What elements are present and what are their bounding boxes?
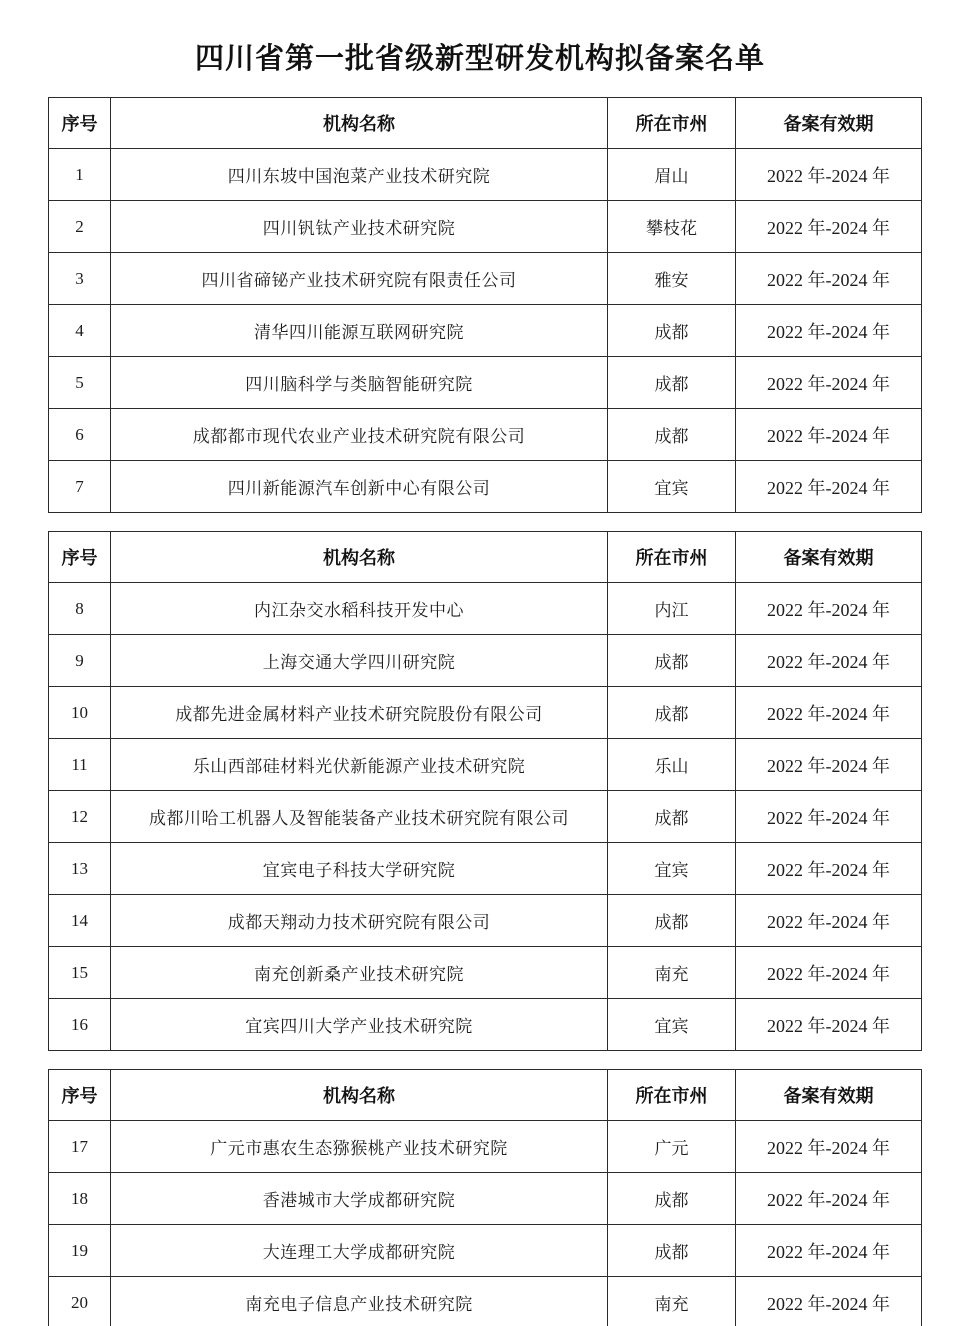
table-row: 3四川省碲铋产业技术研究院有限责任公司雅安2022 年-2024 年 xyxy=(49,253,922,305)
institution-name-cell: 四川钒钛产业技术研究院 xyxy=(111,201,608,253)
row-number-cell: 1 xyxy=(49,149,111,201)
row-number-cell: 7 xyxy=(49,461,111,513)
validity-period-cell: 2022 年-2024 年 xyxy=(736,461,922,513)
validity-period-cell: 2022 年-2024 年 xyxy=(736,201,922,253)
row-number-cell: 16 xyxy=(49,999,111,1051)
validity-period-cell: 2022 年-2024 年 xyxy=(736,947,922,999)
row-number-cell: 4 xyxy=(49,305,111,357)
institution-name-cell: 清华四川能源互联网研究院 xyxy=(111,305,608,357)
table-body-1: 1四川东坡中国泡菜产业技术研究院眉山2022 年-2024 年2四川钒钛产业技术… xyxy=(49,149,922,513)
city-cell: 成都 xyxy=(608,635,736,687)
institution-name-cell: 成都天翔动力技术研究院有限公司 xyxy=(111,895,608,947)
row-number-cell: 11 xyxy=(49,739,111,791)
validity-period-cell: 2022 年-2024 年 xyxy=(736,1121,922,1173)
validity-period-cell: 2022 年-2024 年 xyxy=(736,305,922,357)
table-row: 15南充创新桑产业技术研究院南充2022 年-2024 年 xyxy=(49,947,922,999)
city-cell: 成都 xyxy=(608,791,736,843)
institution-name-cell: 成都先进金属材料产业技术研究院股份有限公司 xyxy=(111,687,608,739)
institution-name-cell: 香港城市大学成都研究院 xyxy=(111,1173,608,1225)
city-cell: 成都 xyxy=(608,1225,736,1277)
validity-period-cell: 2022 年-2024 年 xyxy=(736,1225,922,1277)
institution-name-cell: 南充电子信息产业技术研究院 xyxy=(111,1277,608,1326)
row-number-cell: 15 xyxy=(49,947,111,999)
institution-name-cell: 宜宾电子科技大学研究院 xyxy=(111,843,608,895)
table-row: 10成都先进金属材料产业技术研究院股份有限公司成都2022 年-2024 年 xyxy=(49,687,922,739)
row-number-cell: 14 xyxy=(49,895,111,947)
row-number-cell: 5 xyxy=(49,357,111,409)
city-cell: 成都 xyxy=(608,409,736,461)
table-header: 序号 机构名称 所在市州 备案有效期 xyxy=(49,98,922,149)
row-number-cell: 6 xyxy=(49,409,111,461)
institution-name-cell: 大连理工大学成都研究院 xyxy=(111,1225,608,1277)
row-number-cell: 19 xyxy=(49,1225,111,1277)
row-number-cell: 20 xyxy=(49,1277,111,1326)
column-header-name: 机构名称 xyxy=(111,532,608,583)
column-header-no: 序号 xyxy=(49,98,111,149)
validity-period-cell: 2022 年-2024 年 xyxy=(736,357,922,409)
column-header-name: 机构名称 xyxy=(111,98,608,149)
header-row: 序号 机构名称 所在市州 备案有效期 xyxy=(49,1070,922,1121)
city-cell: 成都 xyxy=(608,305,736,357)
validity-period-cell: 2022 年-2024 年 xyxy=(736,687,922,739)
table-row: 12成都川哈工机器人及智能装备产业技术研究院有限公司成都2022 年-2024 … xyxy=(49,791,922,843)
validity-period-cell: 2022 年-2024 年 xyxy=(736,583,922,635)
table-row: 13宜宾电子科技大学研究院宜宾2022 年-2024 年 xyxy=(49,843,922,895)
institution-name-cell: 上海交通大学四川研究院 xyxy=(111,635,608,687)
registration-table-1: 序号 机构名称 所在市州 备案有效期 1四川东坡中国泡菜产业技术研究院眉山202… xyxy=(48,97,922,513)
city-cell: 雅安 xyxy=(608,253,736,305)
validity-period-cell: 2022 年-2024 年 xyxy=(736,409,922,461)
institution-name-cell: 乐山西部硅材料光伏新能源产业技术研究院 xyxy=(111,739,608,791)
city-cell: 广元 xyxy=(608,1121,736,1173)
column-header-name: 机构名称 xyxy=(111,1070,608,1121)
institution-name-cell: 南充创新桑产业技术研究院 xyxy=(111,947,608,999)
institution-name-cell: 成都川哈工机器人及智能装备产业技术研究院有限公司 xyxy=(111,791,608,843)
table-row: 20南充电子信息产业技术研究院南充2022 年-2024 年 xyxy=(49,1277,922,1326)
institution-name-cell: 四川东坡中国泡菜产业技术研究院 xyxy=(111,149,608,201)
table-header: 序号 机构名称 所在市州 备案有效期 xyxy=(49,532,922,583)
table-row: 1四川东坡中国泡菜产业技术研究院眉山2022 年-2024 年 xyxy=(49,149,922,201)
city-cell: 成都 xyxy=(608,357,736,409)
registration-table-2: 序号 机构名称 所在市州 备案有效期 8内江杂交水稻科技开发中心内江2022 年… xyxy=(48,531,922,1051)
institution-name-cell: 宜宾四川大学产业技术研究院 xyxy=(111,999,608,1051)
row-number-cell: 12 xyxy=(49,791,111,843)
validity-period-cell: 2022 年-2024 年 xyxy=(736,149,922,201)
document-title: 四川省第一批省级新型研发机构拟备案名单 xyxy=(0,0,960,78)
table-row: 5四川脑科学与类脑智能研究院成都2022 年-2024 年 xyxy=(49,357,922,409)
table-body-3: 17广元市惠农生态猕猴桃产业技术研究院广元2022 年-2024 年18香港城市… xyxy=(49,1121,922,1326)
table-row: 6成都都市现代农业产业技术研究院有限公司成都2022 年-2024 年 xyxy=(49,409,922,461)
validity-period-cell: 2022 年-2024 年 xyxy=(736,843,922,895)
table-header: 序号 机构名称 所在市州 备案有效期 xyxy=(49,1070,922,1121)
validity-period-cell: 2022 年-2024 年 xyxy=(736,895,922,947)
table-row: 19大连理工大学成都研究院成都2022 年-2024 年 xyxy=(49,1225,922,1277)
column-header-city: 所在市州 xyxy=(608,532,736,583)
table-row: 4清华四川能源互联网研究院成都2022 年-2024 年 xyxy=(49,305,922,357)
table-row: 17广元市惠农生态猕猴桃产业技术研究院广元2022 年-2024 年 xyxy=(49,1121,922,1173)
institution-name-cell: 内江杂交水稻科技开发中心 xyxy=(111,583,608,635)
city-cell: 南充 xyxy=(608,947,736,999)
city-cell: 乐山 xyxy=(608,739,736,791)
city-cell: 攀枝花 xyxy=(608,201,736,253)
city-cell: 成都 xyxy=(608,895,736,947)
column-header-period: 备案有效期 xyxy=(736,532,922,583)
row-number-cell: 8 xyxy=(49,583,111,635)
header-row: 序号 机构名称 所在市州 备案有效期 xyxy=(49,98,922,149)
table-row: 14成都天翔动力技术研究院有限公司成都2022 年-2024 年 xyxy=(49,895,922,947)
validity-period-cell: 2022 年-2024 年 xyxy=(736,999,922,1051)
table-row: 8内江杂交水稻科技开发中心内江2022 年-2024 年 xyxy=(49,583,922,635)
validity-period-cell: 2022 年-2024 年 xyxy=(736,253,922,305)
row-number-cell: 18 xyxy=(49,1173,111,1225)
validity-period-cell: 2022 年-2024 年 xyxy=(736,1173,922,1225)
row-number-cell: 13 xyxy=(49,843,111,895)
validity-period-cell: 2022 年-2024 年 xyxy=(736,791,922,843)
city-cell: 宜宾 xyxy=(608,999,736,1051)
city-cell: 宜宾 xyxy=(608,843,736,895)
validity-period-cell: 2022 年-2024 年 xyxy=(736,739,922,791)
row-number-cell: 3 xyxy=(49,253,111,305)
institution-name-cell: 广元市惠农生态猕猴桃产业技术研究院 xyxy=(111,1121,608,1173)
institution-name-cell: 成都都市现代农业产业技术研究院有限公司 xyxy=(111,409,608,461)
city-cell: 内江 xyxy=(608,583,736,635)
table-body-2: 8内江杂交水稻科技开发中心内江2022 年-2024 年9上海交通大学四川研究院… xyxy=(49,583,922,1051)
institution-name-cell: 四川省碲铋产业技术研究院有限责任公司 xyxy=(111,253,608,305)
table-row: 16宜宾四川大学产业技术研究院宜宾2022 年-2024 年 xyxy=(49,999,922,1051)
row-number-cell: 2 xyxy=(49,201,111,253)
column-header-no: 序号 xyxy=(49,1070,111,1121)
institution-name-cell: 四川脑科学与类脑智能研究院 xyxy=(111,357,608,409)
column-header-period: 备案有效期 xyxy=(736,98,922,149)
institution-name-cell: 四川新能源汽车创新中心有限公司 xyxy=(111,461,608,513)
header-row: 序号 机构名称 所在市州 备案有效期 xyxy=(49,532,922,583)
city-cell: 成都 xyxy=(608,1173,736,1225)
city-cell: 成都 xyxy=(608,687,736,739)
city-cell: 宜宾 xyxy=(608,461,736,513)
row-number-cell: 9 xyxy=(49,635,111,687)
registration-table-3: 序号 机构名称 所在市州 备案有效期 17广元市惠农生态猕猴桃产业技术研究院广元… xyxy=(48,1069,922,1326)
column-header-period: 备案有效期 xyxy=(736,1070,922,1121)
column-header-no: 序号 xyxy=(49,532,111,583)
column-header-city: 所在市州 xyxy=(608,1070,736,1121)
row-number-cell: 10 xyxy=(49,687,111,739)
row-number-cell: 17 xyxy=(49,1121,111,1173)
column-header-city: 所在市州 xyxy=(608,98,736,149)
city-cell: 南充 xyxy=(608,1277,736,1326)
table-row: 11乐山西部硅材料光伏新能源产业技术研究院乐山2022 年-2024 年 xyxy=(49,739,922,791)
city-cell: 眉山 xyxy=(608,149,736,201)
table-row: 18香港城市大学成都研究院成都2022 年-2024 年 xyxy=(49,1173,922,1225)
table-row: 2四川钒钛产业技术研究院攀枝花2022 年-2024 年 xyxy=(49,201,922,253)
table-row: 9上海交通大学四川研究院成都2022 年-2024 年 xyxy=(49,635,922,687)
table-row: 7四川新能源汽车创新中心有限公司宜宾2022 年-2024 年 xyxy=(49,461,922,513)
validity-period-cell: 2022 年-2024 年 xyxy=(736,635,922,687)
validity-period-cell: 2022 年-2024 年 xyxy=(736,1277,922,1326)
